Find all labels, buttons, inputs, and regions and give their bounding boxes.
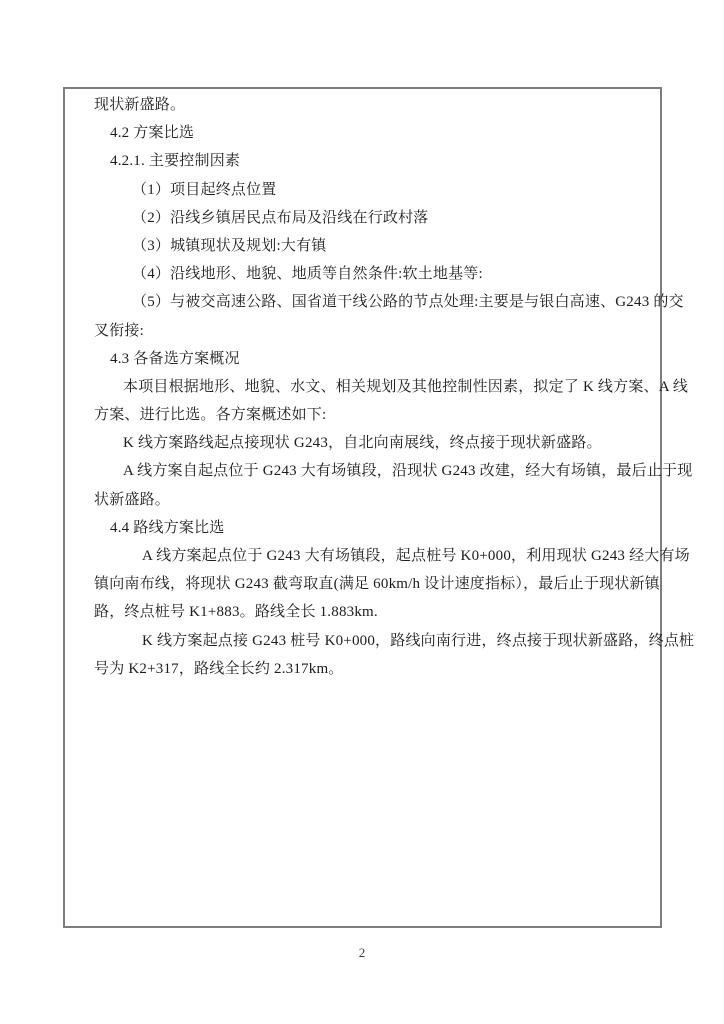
- text-line: 4.3 各备选方案概况: [94, 345, 652, 373]
- document-page: 现状新盛路。4.2 方案比选4.2.1. 主要控制因素（1）项目起终点位置（2）…: [0, 0, 724, 1024]
- text-line: （5）与被交高速公路、国省道干线公路的节点处理:主要是与银白高速、G243 的交: [94, 288, 652, 316]
- text-line: （1）项目起终点位置: [94, 176, 652, 204]
- text-line: K 线方案起点接 G243 桩号 K0+000，路线向南行进，终点接于现状新盛路…: [94, 627, 652, 655]
- text-line: 路，终点桩号 K1+883。路线全长 1.883km.: [94, 598, 652, 626]
- text-line: 4.2 方案比选: [94, 119, 652, 147]
- text-line: （2）沿线乡镇居民点布局及沿线在行政村落: [94, 204, 652, 232]
- text-line: 4.4 路线方案比选: [94, 514, 652, 542]
- text-line: 镇向南布线，将现状 G243 截弯取直(满足 60km/h 设计速度指标），最后…: [94, 570, 652, 598]
- text-line: （3）城镇现状及规划:大有镇: [94, 232, 652, 260]
- text-line: 本项目根据地形、地貌、水文、相关规划及其他控制性因素，拟定了 K 线方案、A 线: [94, 373, 652, 401]
- text-line: 4.2.1. 主要控制因素: [94, 147, 652, 175]
- content-border-box: 现状新盛路。4.2 方案比选4.2.1. 主要控制因素（1）项目起终点位置（2）…: [63, 87, 662, 928]
- text-line: 叉衔接:: [94, 317, 652, 345]
- text-line: （4）沿线地形、地貌、地质等自然条件:软土地基等:: [94, 260, 652, 288]
- text-content: 现状新盛路。4.2 方案比选4.2.1. 主要控制因素（1）项目起终点位置（2）…: [94, 91, 652, 683]
- text-line: 现状新盛路。: [94, 91, 652, 119]
- text-line: A 线方案起点位于 G243 大有场镇段，起点桩号 K0+000，利用现状 G2…: [94, 542, 652, 570]
- text-line: K 线方案路线起点接现状 G243，自北向南展线，终点接于现状新盛路。: [94, 429, 652, 457]
- text-line: 方案、进行比选。各方案概述如下:: [94, 401, 652, 429]
- text-line: A 线方案自起点位于 G243 大有场镇段，沿现状 G243 改建，经大有场镇，…: [94, 457, 652, 485]
- text-line: 状新盛路。: [94, 486, 652, 514]
- page-number: 2: [0, 945, 724, 961]
- text-line: 号为 K2+317，路线全长约 2.317km。: [94, 655, 652, 683]
